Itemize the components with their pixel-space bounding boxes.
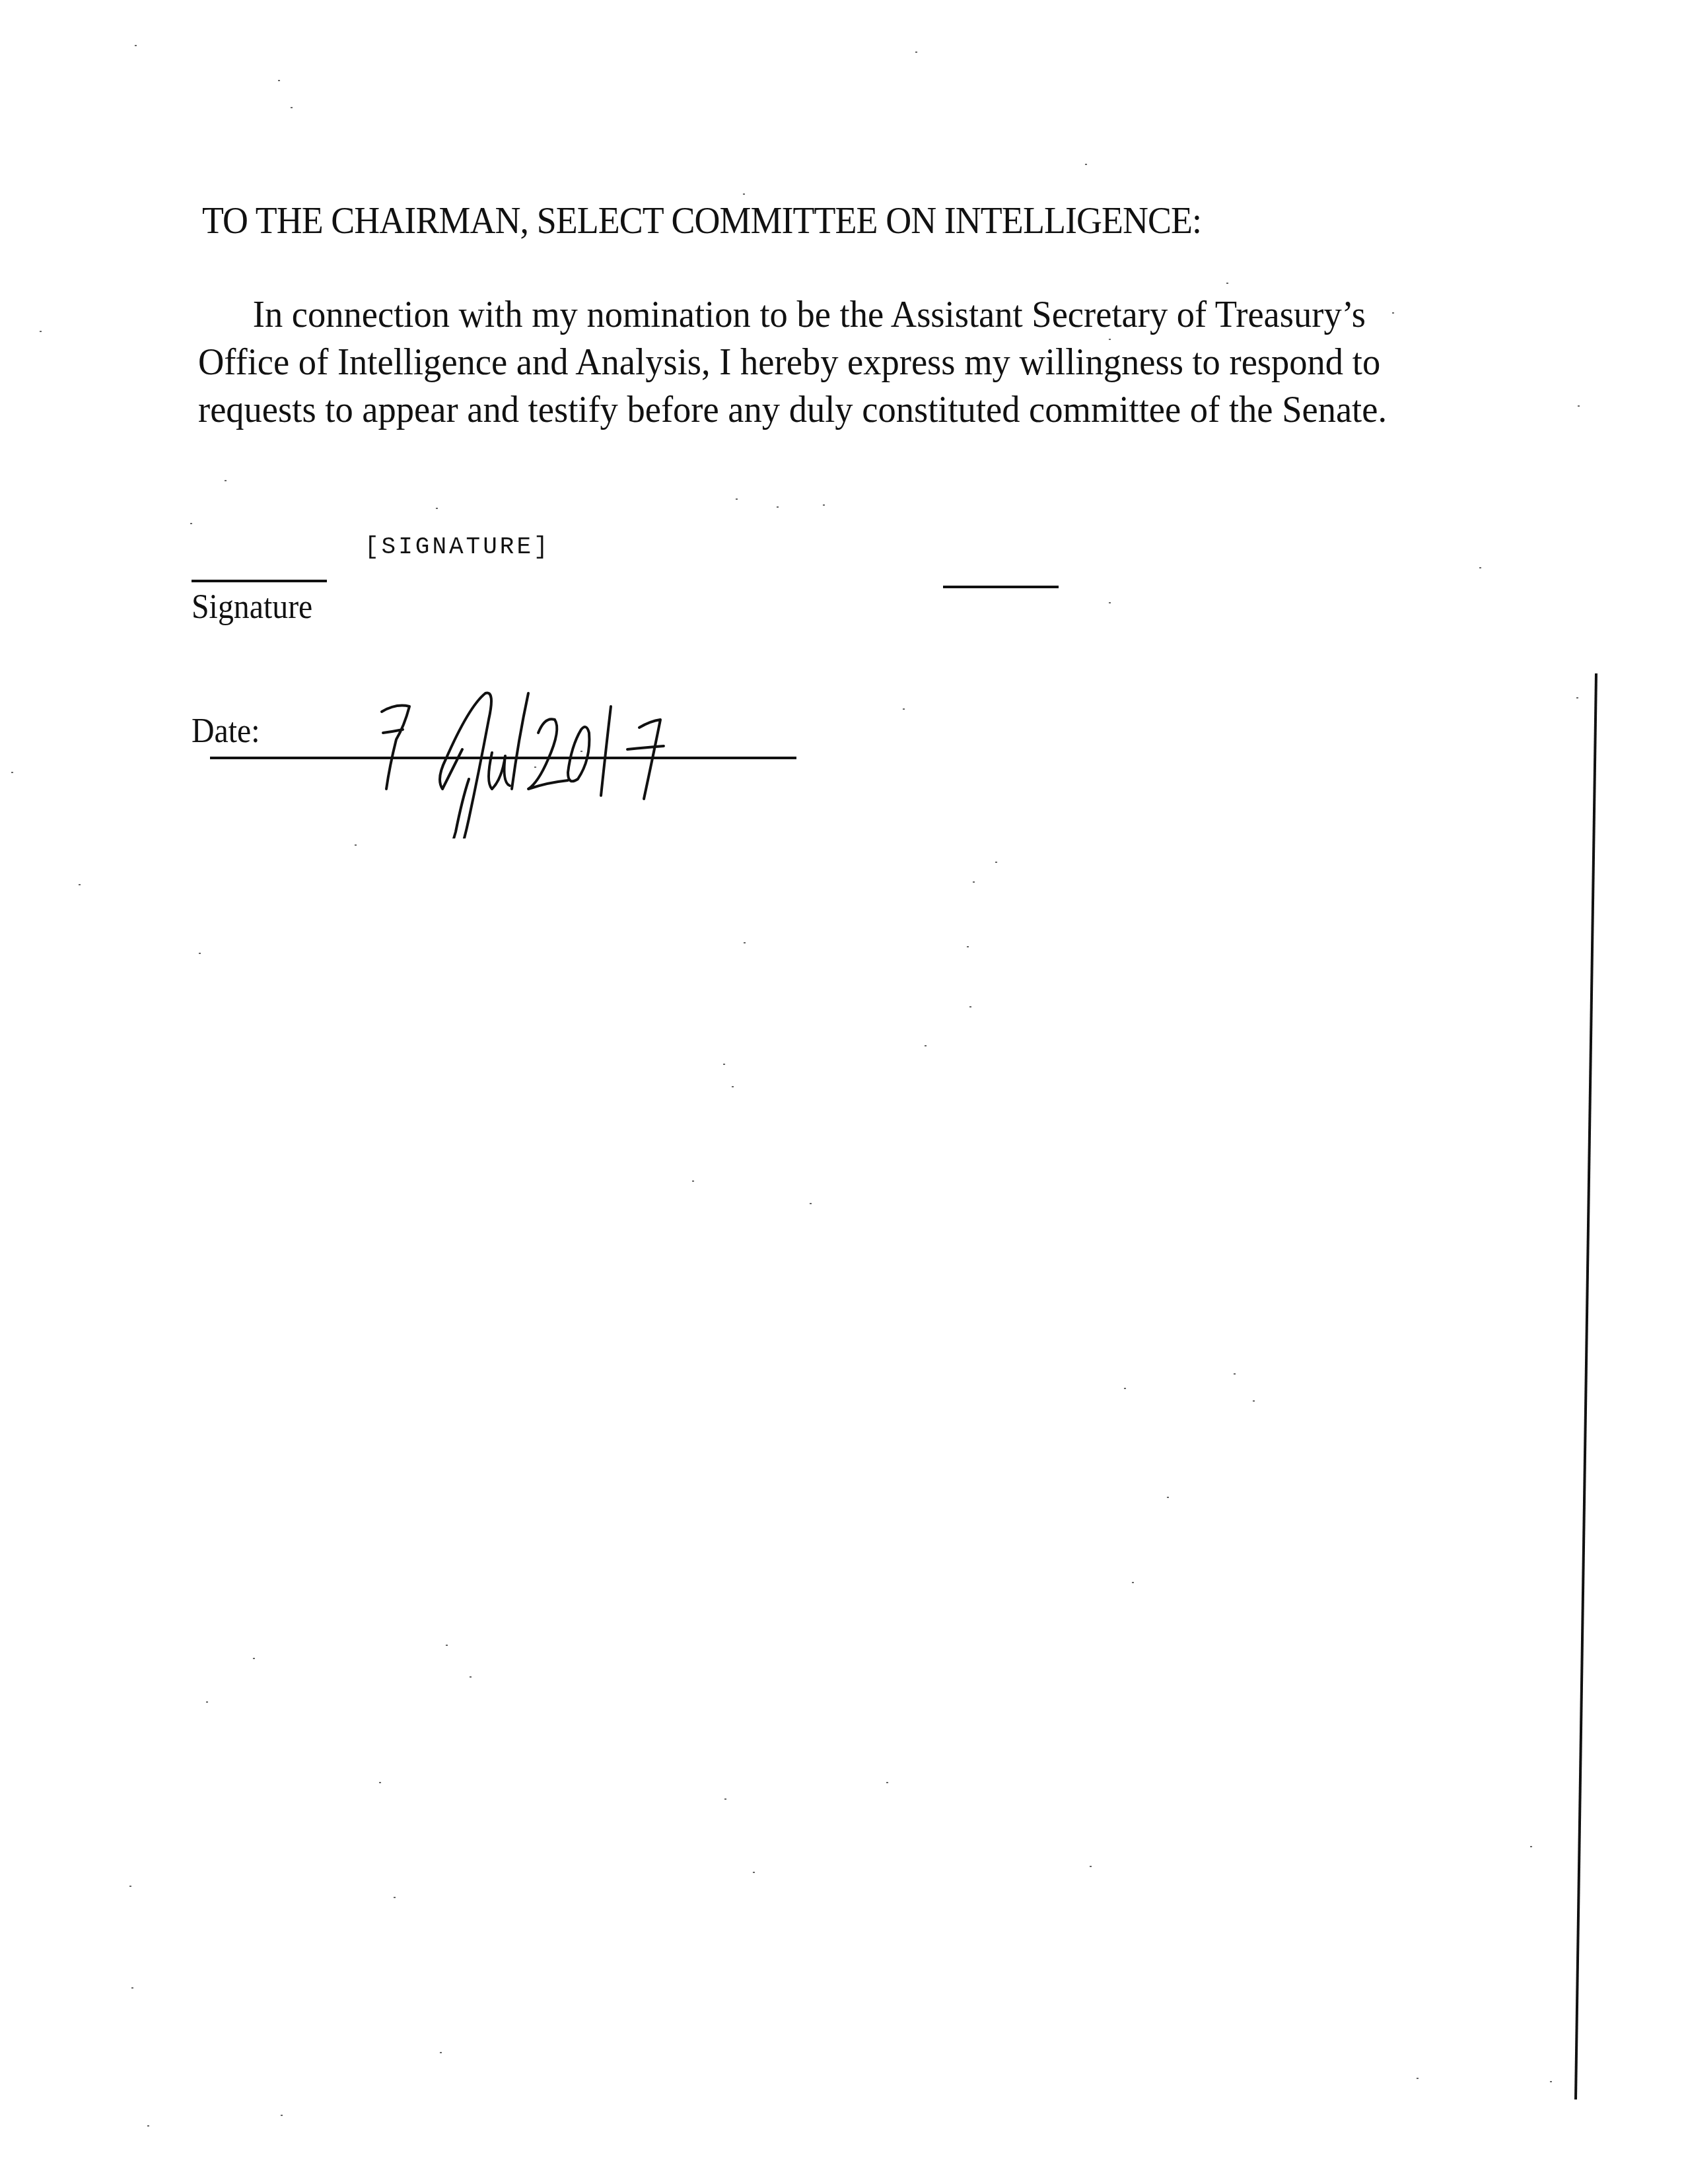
scan-speck	[40, 331, 42, 332]
scan-speck	[436, 508, 438, 509]
scan-speck	[206, 1701, 208, 1703]
scan-speck	[281, 2115, 283, 2116]
scan-speck	[903, 708, 905, 710]
scan-speck	[225, 480, 227, 481]
scan-speck	[973, 881, 975, 883]
scan-speck	[534, 767, 536, 768]
scan-speck	[723, 1064, 725, 1065]
scan-speck	[79, 884, 81, 885]
scan-speck	[995, 862, 997, 863]
scan-speck	[692, 1180, 694, 1182]
scan-speck	[777, 506, 779, 508]
scan-speck	[1167, 1497, 1169, 1498]
scan-speck	[886, 1782, 888, 1783]
scan-speck	[1226, 283, 1228, 284]
scan-speck	[440, 2052, 442, 2053]
scan-speck	[446, 1645, 448, 1646]
scan-speck	[810, 1203, 812, 1204]
scan-speck	[580, 751, 582, 752]
scan-speck	[291, 107, 293, 108]
scan-speck	[1132, 1582, 1134, 1583]
scan-speck	[199, 953, 201, 954]
signature-redaction: [SIGNATURE]	[365, 533, 551, 561]
scan-speck	[470, 1676, 472, 1678]
scan-speck	[1417, 2078, 1419, 2079]
scan-speck	[967, 946, 969, 947]
date-label: Date:	[192, 712, 260, 751]
addressee-heading: TO THE CHAIRMAN, SELECT COMMITTEE ON INT…	[202, 198, 1201, 242]
scan-speck	[915, 51, 917, 53]
scan-speck	[129, 1886, 131, 1887]
signature-label: Signature	[192, 588, 312, 627]
scan-speck	[1392, 312, 1394, 314]
scan-speck	[394, 1897, 396, 1898]
scan-speck	[278, 80, 280, 81]
scan-speck	[736, 498, 738, 500]
paragraph-line: requests to appear and testify before an…	[198, 386, 1365, 433]
scan-margin-line	[1572, 660, 1598, 2113]
scan-speck	[969, 1006, 971, 1007]
scan-speck	[1234, 1373, 1236, 1375]
scan-speck	[1124, 1388, 1126, 1389]
scan-speck	[744, 942, 746, 943]
scan-speck	[1109, 339, 1111, 340]
scan-speck	[732, 1086, 734, 1087]
scan-speck	[1253, 1400, 1255, 1402]
scan-speck	[743, 193, 745, 195]
scan-speck	[379, 1782, 381, 1783]
scan-speck	[1109, 602, 1111, 603]
scan-speck	[1530, 1846, 1532, 1847]
scan-speck	[190, 523, 192, 524]
scan-speck	[135, 45, 137, 46]
scan-speck	[753, 1872, 755, 1873]
scan-speck	[1090, 1866, 1092, 1867]
paragraph-line: In connection with my nomination to be t…	[198, 290, 1365, 338]
scan-speck	[823, 504, 825, 506]
scan-speck	[131, 1987, 133, 1989]
signature-line	[192, 580, 327, 582]
document-page: TO THE CHAIRMAN, SELECT COMMITTEE ON INT…	[0, 0, 1684, 2184]
statement-paragraph: In connection with my nomination to be t…	[198, 290, 1365, 433]
paragraph-line: Office of Intelligence and Analysis, I h…	[198, 338, 1365, 386]
scan-speck	[1550, 2081, 1552, 2082]
scan-speck	[925, 1045, 927, 1046]
scan-speck	[1479, 567, 1481, 568]
scan-speck	[1085, 164, 1087, 165]
secondary-signature-line	[943, 586, 1059, 588]
handwritten-date	[370, 667, 792, 838]
scan-speck	[147, 2125, 149, 2127]
scan-speck	[1578, 405, 1580, 407]
scan-speck	[724, 1798, 726, 1800]
scan-speck	[1576, 697, 1578, 699]
scan-speck	[11, 772, 13, 773]
scan-speck	[355, 844, 357, 846]
scan-speck	[253, 1658, 255, 1659]
